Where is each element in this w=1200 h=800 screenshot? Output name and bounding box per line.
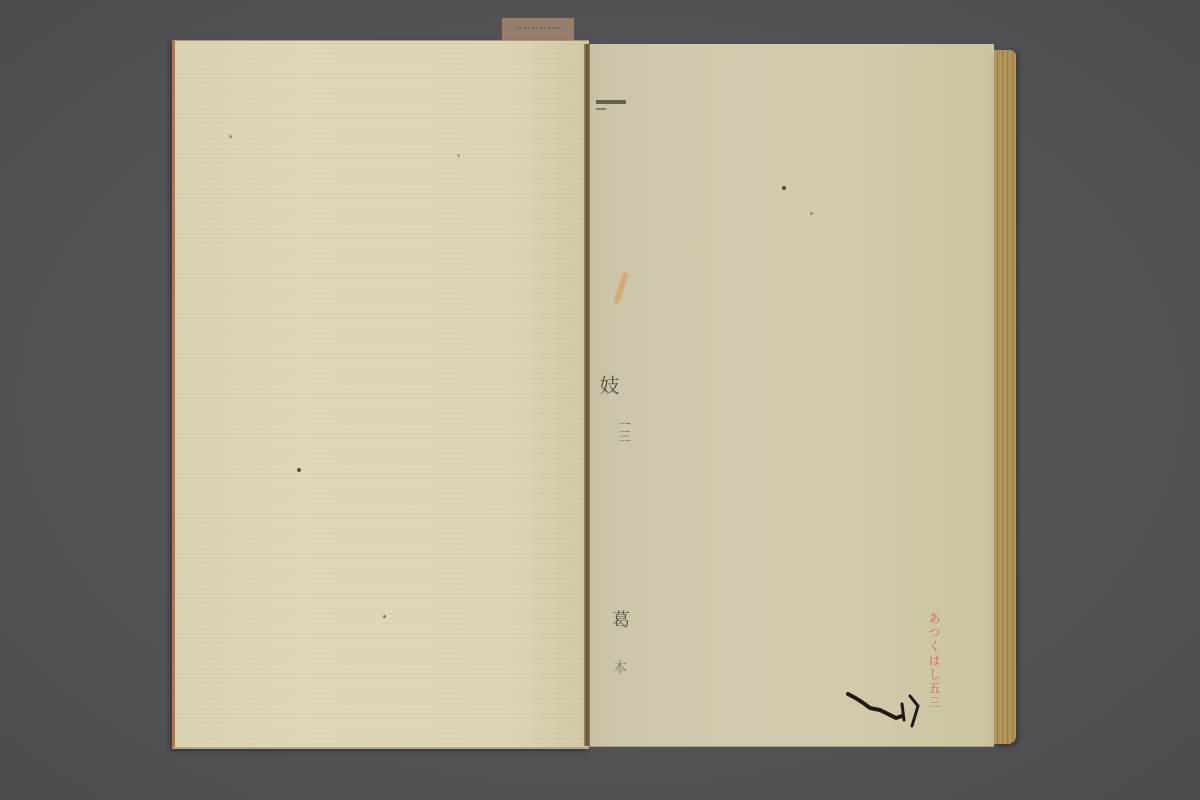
paper-spot [782, 186, 786, 190]
paper-spot [229, 135, 232, 138]
margin-marker-bar [596, 100, 626, 104]
paper-spot [383, 615, 386, 618]
margin-small-text: 本 [612, 660, 626, 674]
page-block-edge [994, 50, 1016, 744]
brush-signature-icon [846, 690, 926, 735]
margin-marker-bar [596, 108, 606, 110]
open-book: 妓 一三 葛 本 あつくはし五三 [0, 0, 1200, 800]
margin-character: 妓 [598, 375, 618, 395]
margin-small-text: 一三 [618, 418, 630, 442]
margin-character: 葛 [610, 610, 628, 628]
left-page-blank [172, 40, 589, 749]
red-ink-annotation: あつくはし五三 [926, 612, 943, 710]
photo-background: 妓 一三 葛 本 あつくはし五三 [0, 0, 1200, 800]
paper-spot [457, 154, 460, 157]
slip-markings [517, 27, 561, 41]
paper-spot [297, 468, 301, 472]
paper-spot [810, 212, 813, 215]
